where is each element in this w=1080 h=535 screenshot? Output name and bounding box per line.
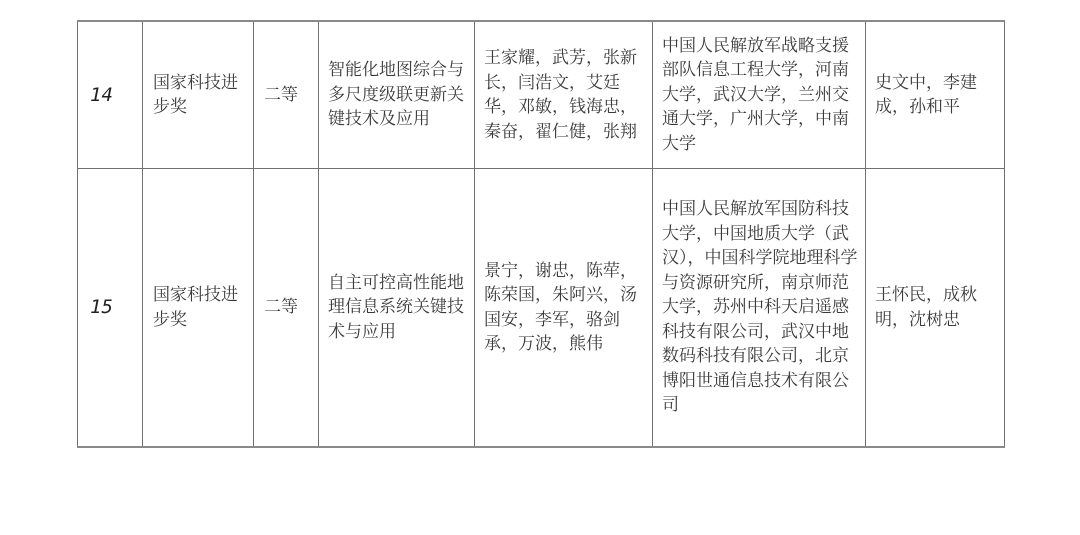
award-type-cell: 国家科技进步奖 — [143, 169, 254, 448]
completers-cell: 王家耀，武芳，张新长，闫浩文，艾廷华，邓敏，钱海忠，秦奋，翟仁健，张翔 — [475, 21, 653, 169]
award-type-cell: 国家科技进步奖 — [143, 21, 254, 169]
award-grade-cell: 二等 — [254, 169, 319, 448]
project-name-cell: 自主可控高性能地理信息系统关键技术与应用 — [319, 169, 475, 448]
award-grade-cell: 二等 — [254, 21, 319, 169]
row-number-cell: 15 — [78, 169, 143, 448]
completing-units-cell: 中国人民解放军国防科技大学，中国地质大学（武汉），中国科学院地理科学与资源研究所… — [653, 169, 866, 448]
nominators-cell: 王怀民，成秋明，沈树忠 — [866, 169, 1005, 448]
row-number-cell: 14 — [78, 21, 143, 169]
awards-table: 14 国家科技进步奖 二等 智能化地图综合与多尺度级联更新关键技术及应用 王家耀… — [77, 20, 1005, 448]
completers-cell: 景宁，谢忠，陈荦，陈荣国，朱阿兴，汤国安，李军，骆剑承，万波，熊伟 — [475, 169, 653, 448]
project-name-cell: 智能化地图综合与多尺度级联更新关键技术及应用 — [319, 21, 475, 169]
nominators-cell: 史文中，李建成，孙和平 — [866, 21, 1005, 169]
table-row: 14 国家科技进步奖 二等 智能化地图综合与多尺度级联更新关键技术及应用 王家耀… — [78, 21, 1005, 169]
table-row: 15 国家科技进步奖 二等 自主可控高性能地理信息系统关键技术与应用 景宁，谢忠… — [78, 169, 1005, 448]
completing-units-cell: 中国人民解放军战略支援部队信息工程大学，河南大学，武汉大学，兰州交通大学，广州大… — [653, 21, 866, 169]
